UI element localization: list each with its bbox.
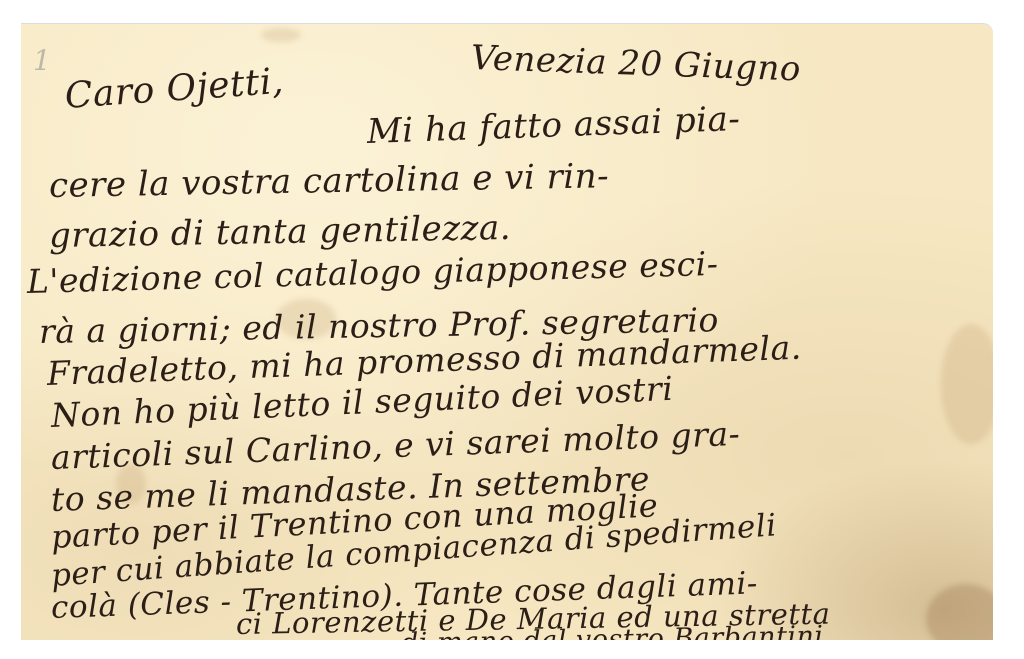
paper-stain	[941, 324, 993, 444]
letter-date: Venezia 20 Giugno	[470, 38, 801, 89]
paper-stain	[926, 584, 993, 640]
letter-line: Mi ha fatto assai pia-	[366, 99, 741, 152]
letter-line: grazio di tanta gentilezza.	[49, 208, 512, 256]
paper-stain	[261, 28, 301, 42]
letter-salutation: Caro Ojetti,	[64, 61, 286, 117]
postcard: 1 Venezia 20 Giugno Caro Ojetti, Mi ha f…	[21, 23, 993, 640]
letter-line: cere la vostra cartolina e vi rin-	[49, 156, 610, 206]
archive-number-pencil: 1	[33, 44, 51, 77]
scan-page: 1 Venezia 20 Giugno Caro Ojetti, Mi ha f…	[0, 0, 1024, 659]
